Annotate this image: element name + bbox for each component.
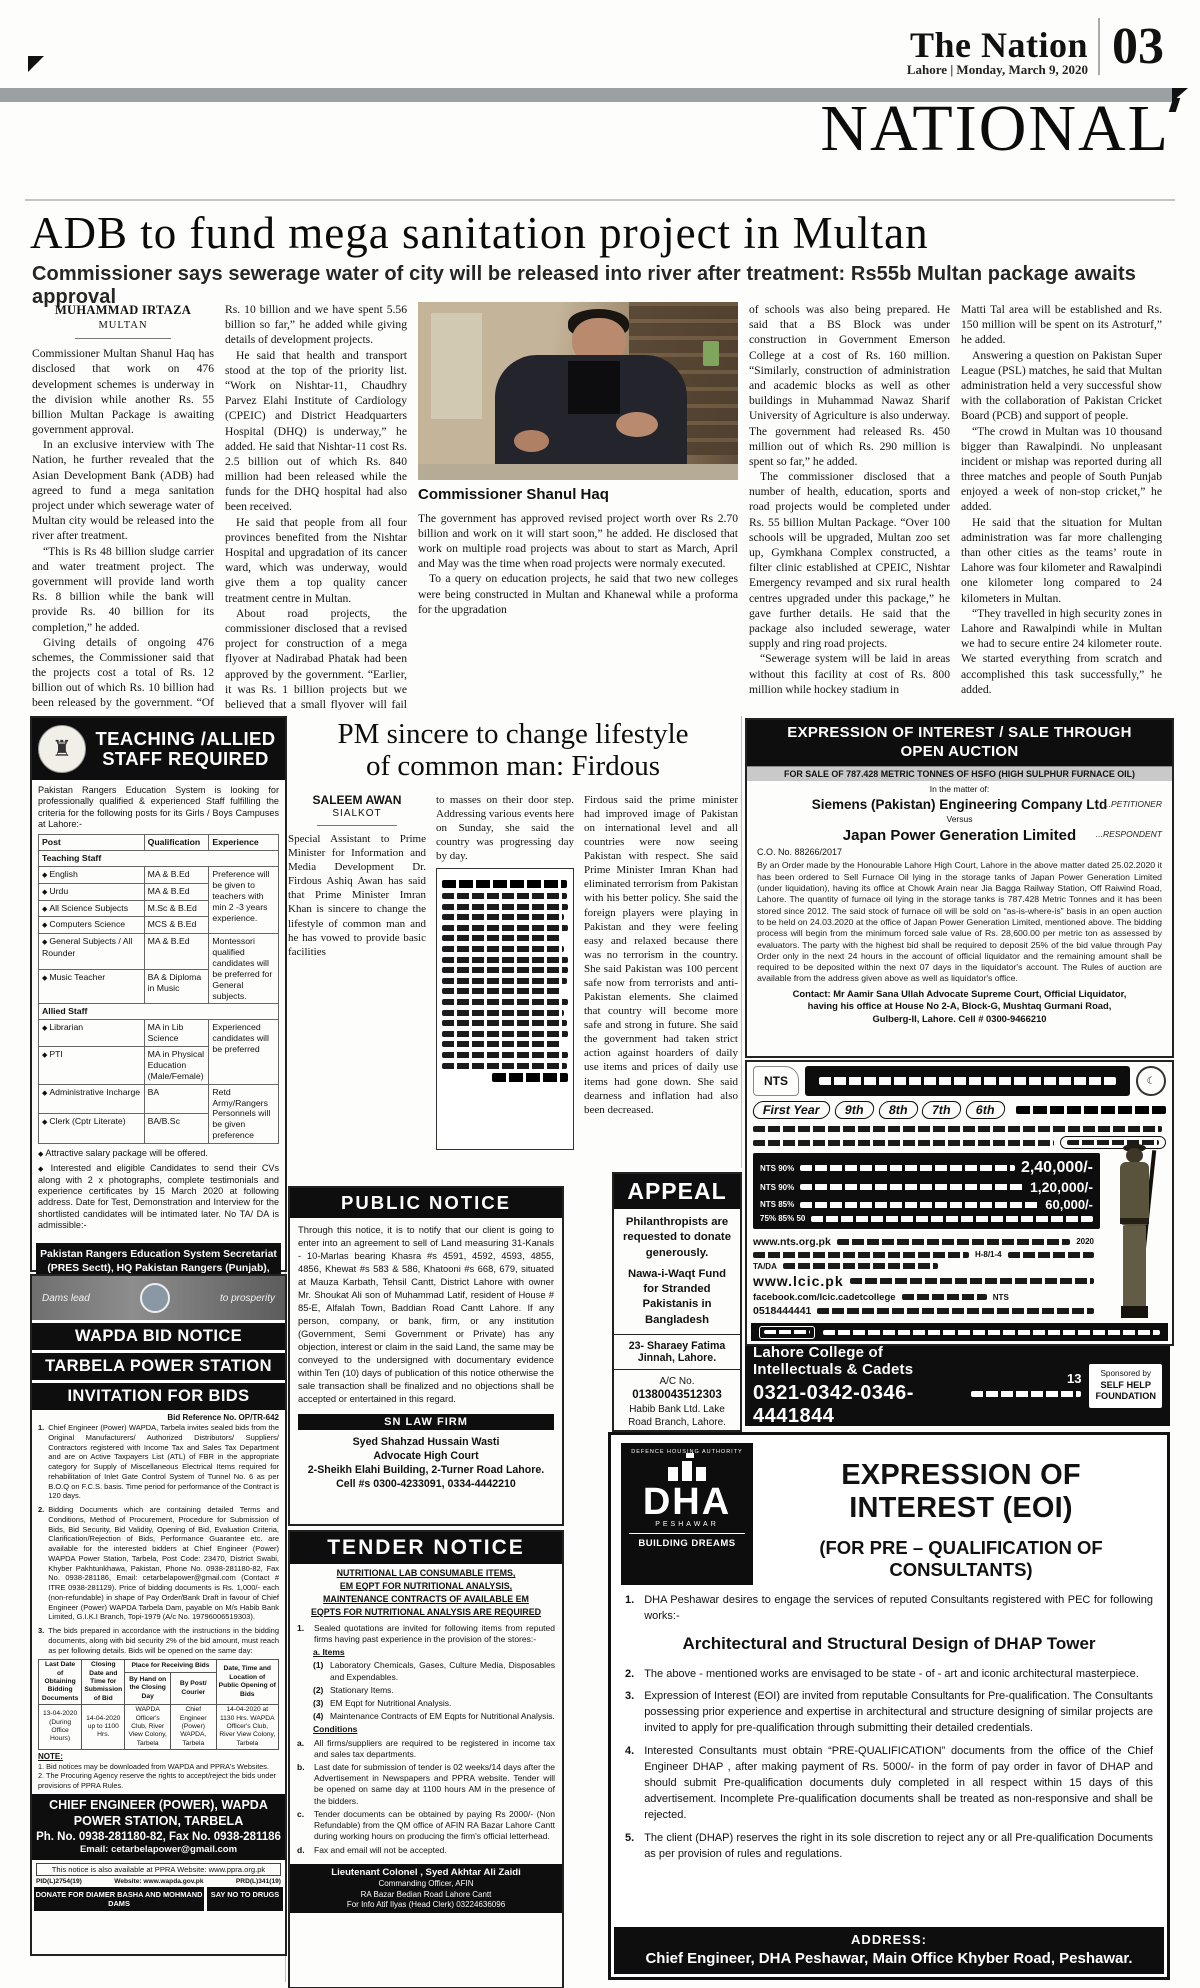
wapda-bid-notice: Dams lead to prosperity WAPDA BID NOTICE… — [30, 1274, 287, 1956]
post-cell: Computers Science — [39, 917, 145, 934]
urdu-text-line — [442, 1041, 562, 1047]
urdu-text-line — [442, 988, 562, 994]
urdu-text-line — [753, 1252, 969, 1258]
dha-subtitle: (FOR PRE – QUALIFICATION OF CONSULTANTS) — [765, 1537, 1157, 1581]
auction-notice-ad: EXPRESSION OF INTEREST / SALE THROUGH OP… — [745, 718, 1174, 1058]
lead-col-4: of schools was also being prepared. He s… — [749, 302, 950, 710]
post-cell: Administrative Incharge — [39, 1084, 145, 1114]
column-rule — [741, 716, 742, 1168]
qual-cell: MA in Physical Education (Male/Female) — [144, 1047, 209, 1085]
pct-token: NTS 85% — [760, 1200, 794, 1209]
paragraph: About road projects, the commissioner di… — [225, 606, 407, 710]
public-notice-ad: PUBLIC NOTICE Through this notice, it is… — [288, 1186, 564, 1526]
lawyer-title: Advocate High Court — [290, 1449, 562, 1463]
lead-col-middle: Commissioner Shanul Haq The government h… — [418, 302, 738, 710]
report-dateline: SIALKOT — [288, 808, 426, 821]
item-number: a. — [297, 1738, 310, 1760]
item-number: 2. — [38, 1505, 44, 1622]
tender-body: 1.Sealed quotations are invited for foll… — [290, 1619, 562, 1862]
pm-body: SALEEM AWAN SIALKOT Special Assistant to… — [288, 793, 738, 1153]
wapda-logo-icon — [140, 1283, 170, 1313]
paragraph: Firdous said the prime minister had impr… — [584, 793, 738, 1117]
appeal-address: 23- Sharaey Fatima Jinnah, Lahore. — [614, 1334, 740, 1369]
dha-logo-word: DHA — [621, 1483, 753, 1521]
dha-address-bar: ADDRESS: Chief Engineer, DHA Peshawar, M… — [614, 1927, 1164, 1974]
account-number: 01380043512303 — [618, 1388, 736, 1403]
item-number: d. — [297, 1845, 310, 1856]
item-number: 1. — [38, 1423, 44, 1501]
qual-cell: BA & Diploma in Music — [144, 969, 209, 1004]
distance-km: 13 — [971, 1371, 1081, 1386]
footer-line: Pakistan Rangers Education System Secret… — [39, 1248, 278, 1262]
items-heading: a. Items — [313, 1647, 555, 1658]
byline-rule — [317, 825, 397, 826]
urdu-text-line — [800, 1165, 1015, 1171]
soldier-head — [1126, 1148, 1143, 1163]
subject-line: NUTRITIONAL LAB CONSUMABLE ITEMS, — [290, 1567, 562, 1580]
item-number: 3. — [38, 1626, 44, 1655]
tender-notice-ad: TENDER NOTICE NUTRITIONAL LAB CONSUMABLE… — [288, 1530, 564, 1988]
subject-line: MAINTENANCE CONTRACTS OF AVAILABLE EM — [290, 1593, 562, 1606]
ppra-line: This notice is also available at PPRA We… — [36, 1863, 281, 1876]
item-number: b. — [297, 1762, 310, 1807]
amount-1: 2,40,000/- — [1021, 1159, 1093, 1177]
slogan-drugs: SAY NO TO DRUGS — [207, 1887, 283, 1911]
post-cell: English — [39, 867, 145, 884]
experience-cell: Montessori qualified candidates will be … — [209, 934, 279, 1004]
item-number: c. — [297, 1809, 310, 1843]
post-cell: Music Teacher — [39, 969, 145, 1004]
pm-headline: PM sincere to change lifestyleof common … — [288, 718, 738, 783]
th-by-post: By Post/ Courier — [170, 1673, 216, 1705]
urdu-footer-bar — [751, 1323, 1168, 1341]
post-cell: General Subjects / All Rounder — [39, 934, 145, 970]
contact-line: Contact: Mr Aamir Sana Ullah Advocate Su… — [757, 988, 1162, 1001]
firm-address: 2-Sheikh Elahi Building, 2-Turner Road L… — [290, 1463, 562, 1477]
lead-col-2: Rs. 10 billion and we have spent 5.56 bi… — [225, 302, 407, 710]
public-notice-body: Through this notice, it is to notify tha… — [290, 1218, 562, 1412]
teaching-staff-ad: ♜ TEACHING /ALLIED STAFF REQUIRED Pakist… — [30, 716, 287, 1272]
wapda-title-bar-1: WAPDA BID NOTICE — [32, 1323, 285, 1350]
paragraph: Giving details of ongoing 476 schemes, t… — [32, 635, 214, 710]
th-last-date: Last Date of Obtaining Bidding Documents — [39, 1660, 82, 1705]
unit-address: RA Bazar Bedian Road Lahore Cantt — [292, 1890, 560, 1900]
byline: MUHAMMAD IRTAZA MULTAN — [32, 302, 214, 339]
urdu-text-line — [800, 1184, 1024, 1190]
wapda-title-bar-3: INVITATION FOR BIDS — [32, 1383, 285, 1410]
pm-byline: SALEEM AWAN SIALKOT — [288, 793, 426, 826]
experience-cell: Experienced candidates will be preferred — [209, 1020, 279, 1084]
amounts-box: NTS 90%2,40,000/- NTS 90%1,20,000/- NTS … — [753, 1153, 1100, 1229]
tender-title: TENDER NOTICE — [290, 1532, 562, 1564]
paragraph: Matti Tal area will be established and R… — [961, 302, 1162, 348]
sponsor-name-2: FOUNDATION — [1095, 1391, 1156, 1403]
item-text: Interested Consultants must obtain “PRE-… — [644, 1744, 1153, 1824]
lcic-website: www.lcic.pk — [753, 1273, 844, 1289]
section-title: NATIONAL — [820, 96, 1170, 162]
paragraph: of schools was also being prepared. He s… — [749, 302, 950, 469]
urdu-notice-box — [436, 868, 574, 1150]
subject-line: EM EQPT FOR NUTRITIONAL ANALYSIS, — [290, 1580, 562, 1593]
urdu-text-line — [442, 914, 564, 920]
qual-cell: BA — [144, 1084, 209, 1114]
law-firm-bar: SN LAW FIRM — [298, 1414, 554, 1430]
pct-token: 75% 85% 50 — [760, 1214, 805, 1223]
item-text: Stationary Items. — [330, 1685, 394, 1696]
appeal-line: Nawa-i-Waqt Fund for Stranded Pakistanis… — [619, 1267, 735, 1328]
paragraph: “The crowd in Multan was 10 thousand big… — [961, 424, 1162, 515]
th-opening: Date, Time and Location of Public Openin… — [216, 1660, 278, 1705]
urdu-text-line — [783, 1263, 939, 1269]
paragraph: He said that health and transport stood … — [225, 348, 407, 515]
tender-subject: NUTRITIONAL LAB CONSUMABLE ITEMS, EM EQP… — [290, 1567, 562, 1619]
urdu-text-line — [753, 1126, 1162, 1132]
paragraph: Answering a question on Pakistan Super L… — [961, 348, 1162, 424]
bullet-item: Attractive salary package will be offere… — [38, 1148, 279, 1160]
photo-desk — [418, 464, 738, 480]
urdu-text-line — [442, 967, 568, 973]
footer-email: Email: cetarbelapower@gmail.com — [34, 1844, 283, 1856]
pill-first-year: First Year — [751, 1101, 831, 1119]
urdu-text-line — [442, 1010, 564, 1016]
tender-footer: Lieutenant Colonel , Syed Akhtar Ali Zai… — [290, 1864, 562, 1914]
teaching-ad-header: ♜ TEACHING /ALLIED STAFF REQUIRED — [32, 718, 285, 780]
paragraph: Special Assistant to Prime Minister for … — [288, 832, 426, 959]
auction-title-line1: EXPRESSION OF INTEREST / SALE THROUGH — [747, 724, 1172, 743]
pill-9th: 9th — [833, 1101, 875, 1119]
reporter-name: SALEEM AWAN — [288, 793, 426, 808]
address-heading: ADDRESS: — [614, 1932, 1164, 1947]
urdu-text-line — [442, 893, 567, 899]
urdu-text-line — [442, 1020, 567, 1026]
urdu-text-line — [764, 1330, 810, 1334]
college-info: Lahore College of Intellectuals & Cadets… — [753, 1344, 963, 1428]
item-text: Expression of Interest (EOI) are invited… — [644, 1689, 1153, 1737]
dha-logo-tagline: BUILDING DREAMS — [629, 1533, 745, 1549]
urdu-text-line — [492, 1073, 568, 1082]
item-text: Maintenance Contracts of EM Eqpts for Nu… — [330, 1711, 555, 1722]
account-label: A/C No. — [618, 1375, 736, 1388]
photo-caption: Commissioner Shanul Haq — [418, 485, 738, 505]
urdu-text-line — [442, 957, 568, 963]
lead-col-5: Matti Tal area will be established and R… — [961, 302, 1162, 710]
urdu-text-line — [1016, 1106, 1166, 1115]
dha-header: DEFENCE HOUSING AUTHORITY DHA PESHAWAR B… — [611, 1435, 1167, 1587]
td-opening: 14-04-2020 at 1130 Hrs. WAPDA Officer's … — [216, 1705, 278, 1750]
lead-col-1: MUHAMMAD IRTAZA MULTAN Commissioner Mult… — [32, 302, 214, 710]
post-cell: Librarian — [39, 1020, 145, 1047]
qual-cell: MCS & B.Ed — [144, 917, 209, 934]
appeal-title: APPEAL — [614, 1174, 740, 1209]
urdu-text-line — [1008, 1252, 1094, 1258]
paragraph: The government has approved revised proj… — [418, 511, 738, 572]
urdu-text-line — [753, 1140, 1054, 1146]
photo-man-hand — [514, 430, 549, 451]
item-text: Sealed quotations are invited for follow… — [314, 1623, 555, 1645]
teaching-ad-title-line1: TEACHING /ALLIED — [92, 729, 279, 749]
amount-2: 1,20,000/- — [1030, 1179, 1093, 1195]
item-number: (3) — [313, 1698, 326, 1709]
urdu-text-line — [442, 925, 568, 931]
paragraph: Rs. 10 billion and we have spent 5.56 bi… — [225, 302, 407, 348]
public-notice-title: PUBLIC NOTICE — [290, 1188, 562, 1218]
bid-reference: Bid Reference No. OP/TR-642 — [32, 1410, 285, 1423]
dha-logo: DEFENCE HOUSING AUTHORITY DHA PESHAWAR B… — [621, 1443, 753, 1585]
experience-cell: Retd Army/Rangers Personnels will be giv… — [209, 1084, 279, 1143]
lead-article-body: MUHAMMAD IRTAZA MULTAN Commissioner Mult… — [32, 302, 1170, 710]
law-firm-contact: Syed Shahzad Hussain Wasti Advocate High… — [290, 1432, 562, 1495]
photo-bottle — [703, 341, 719, 366]
slogan-dams: DONATE FOR DIAMER BASHA AND MOHMAND DAMS — [34, 1887, 204, 1911]
amount-3: 60,000/- — [1045, 1197, 1093, 1212]
item-text: The above - mentioned works are envisage… — [644, 1667, 1139, 1683]
banner-text-left: Dams lead — [42, 1293, 90, 1304]
banner-text-right: to prosperity — [220, 1293, 275, 1304]
th-by-hand: By Hand on the Closing Day — [125, 1673, 171, 1705]
dha-work-title: Architectural and Structural Design of D… — [625, 1632, 1153, 1657]
college-address-urdu: 13 — [971, 1371, 1081, 1401]
urdu-text-line — [1067, 1140, 1159, 1145]
address-text: Chief Engineer, DHA Peshawar, Main Offic… — [614, 1950, 1164, 1967]
qual-cell: MA & B.Ed — [144, 867, 209, 884]
dha-title-block: EXPRESSION OF INTEREST (EOI) (FOR PRE – … — [765, 1443, 1157, 1585]
college-phone: 0321-0342-0346-4441844 — [753, 1382, 963, 1428]
item-text: DHA Peshawar desires to engage the servi… — [644, 1593, 1153, 1625]
teaching-ad-title: TEACHING /ALLIED STAFF REQUIRED — [92, 729, 279, 770]
urdu-text-line — [800, 1202, 1039, 1208]
bullet-item: Interested and eligible Candidates to se… — [38, 1163, 279, 1232]
td-by-hand: WAPDA Officer's Club, River View Colony,… — [125, 1705, 171, 1750]
paragraph: In an exclusive interview with The Natio… — [32, 437, 214, 543]
paragraph: “This is Rs 48 billion sludge carrier an… — [32, 544, 214, 635]
item-number: 1. — [297, 1623, 310, 1645]
in-the-matter-of: In the matter of: — [757, 784, 1162, 795]
urdu-text-line — [811, 1216, 1093, 1222]
corner-flag-icon — [28, 56, 44, 72]
urdu-title-text — [819, 1077, 1116, 1086]
respondent-tag: ...RESPONDENT — [1096, 829, 1162, 840]
lawyer-name: Syed Shahzad Hussain Wasti — [290, 1435, 562, 1449]
soldier-boots — [1121, 1306, 1148, 1318]
item-number: (1) — [313, 1660, 326, 1682]
photo-window-light — [431, 313, 482, 420]
soldier-belt — [1120, 1218, 1149, 1224]
page-number: 03 — [1098, 18, 1164, 75]
item-number: 2. — [625, 1667, 634, 1683]
paper-name: The Nation — [910, 24, 1088, 66]
report-dateline: MULTAN — [32, 319, 214, 333]
post-cell: Clerk (Cptr Literate) — [39, 1114, 145, 1144]
urdu-text-line — [442, 978, 567, 984]
sponsor-box: Sponsored by SELF HELP FOUNDATION — [1089, 1364, 1162, 1407]
post-cell: Urdu — [39, 883, 145, 900]
wapda-website: Website: www.wapda.gov.pk — [114, 1878, 203, 1885]
qual-cell: MA in Lib Science — [144, 1020, 209, 1047]
post-cell: All Science Subjects — [39, 900, 145, 917]
th-place: Place for Receiving Bids — [125, 1660, 216, 1673]
college-crest-icon: ☾ — [1136, 1066, 1166, 1096]
soldier-torso — [1120, 1162, 1149, 1226]
teaching-ad-title-line2: STAFF REQUIRED — [92, 749, 279, 769]
tada-token: TA/DA — [753, 1262, 777, 1271]
auction-title: EXPRESSION OF INTEREST / SALE THROUGH OP… — [747, 720, 1172, 766]
item-text: Laboratory Chemicals, Gases, Culture Med… — [330, 1660, 555, 1682]
class-pills-row: First Year 9th 8th 7th 6th — [747, 1096, 1172, 1121]
item-number: 3. — [625, 1689, 634, 1737]
paragraph: “They travelled in high security zones i… — [961, 606, 1162, 697]
wapda-footer: CHIEF ENGINEER (POWER), WAPDA POWER STAT… — [32, 1794, 285, 1860]
th-closing: Closing Date and Time for Submission of … — [82, 1660, 125, 1705]
contact-line: having his office at House No 2-A, Block… — [757, 1000, 1162, 1013]
qual-cell: M.Sc & B.Ed — [144, 900, 209, 917]
lead-headline: ADB to fund mega sanitation project in M… — [30, 207, 1172, 259]
item-number: 1. — [625, 1593, 634, 1625]
urdu-text-line — [442, 1031, 568, 1037]
college-name: Lahore College of Intellectuals & Cadets — [753, 1344, 963, 1378]
pid-left: PID(L)2754(19) — [36, 1878, 82, 1885]
officer-title: Commanding Officer, AFIN — [292, 1879, 560, 1889]
urdu-text-line — [442, 946, 564, 952]
important-note-label — [759, 1326, 815, 1339]
petitioner-name: Siemens (Pakistan) Engineering Company L… — [812, 797, 1108, 812]
reporter-name: MUHAMMAD IRTAZA — [32, 302, 214, 318]
pm-col-b: to masses on their door step. Addressing… — [436, 793, 574, 1153]
pct-token: NTS 90% — [760, 1164, 794, 1173]
college-contact-bar: Lahore College of Intellectuals & Cadets… — [745, 1346, 1170, 1426]
paragraph: to masses on their door step. Addressing… — [436, 793, 574, 863]
pill-6th: 6th — [964, 1101, 1006, 1119]
pm-headline-line2: of common man: Firdous — [366, 750, 660, 782]
firm-phones: Cell #s 0300-4233091, 0334-4442210 — [290, 1477, 562, 1491]
qual-cell: BA/B.Sc — [144, 1114, 209, 1144]
urdu-title-bar — [805, 1066, 1130, 1096]
footer-line: CHIEF ENGINEER (POWER), WAPDA — [34, 1798, 283, 1814]
sponsor-label: Sponsored by — [1095, 1369, 1156, 1379]
auction-body: In the matter of: Siemens (Pakistan) Eng… — [747, 781, 1172, 1029]
item-text: The bids prepared in accordance with the… — [48, 1626, 279, 1655]
col-header-post: Post — [39, 835, 145, 851]
qual-cell: MA & B.Ed — [144, 934, 209, 970]
appeal-line: Philanthropists are requested to donate … — [619, 1215, 735, 1261]
footer-line: POWER STATION, TARBELA — [34, 1814, 283, 1830]
urdu-text-line — [850, 1278, 1094, 1284]
nts-links: www.nts.org.pk2020 H-8/1-4 TA/DA www.lci… — [747, 1232, 1100, 1321]
item-number: (4) — [313, 1711, 326, 1722]
urdu-intro — [747, 1126, 1172, 1132]
paragraph: Commissioner Multan Shanul Haq has discl… — [32, 346, 214, 437]
experience-cell: Preference will be given to teachers wit… — [209, 867, 279, 934]
wapda-banner: Dams lead to prosperity — [32, 1276, 285, 1320]
teaching-ad-body: Pakistan Rangers Education System is loo… — [32, 780, 285, 1239]
byline-rule — [75, 338, 171, 339]
appeal-body: Philanthropists are requested to donate … — [614, 1209, 740, 1334]
soldier-legs — [1123, 1226, 1146, 1308]
pill-7th: 7th — [921, 1101, 963, 1119]
urdu-text-block — [442, 893, 568, 1069]
item-text: All firms/suppliers are required to be r… — [314, 1738, 555, 1760]
year-token: 2020 — [1076, 1237, 1094, 1246]
bid-schedule-table: Last Date of Obtaining Bidding Documents… — [38, 1659, 279, 1750]
pm-headline-line1: PM sincere to change lifestyle — [337, 718, 688, 750]
bank-name: Habib Bank Ltd. Lake Road Branch, Lahore… — [618, 1403, 736, 1429]
appeal-account: A/C No. 01380043512303 Habib Bank Ltd. L… — [614, 1369, 740, 1434]
note-line: 1. Bid notices may be downloaded from WA… — [38, 1762, 279, 1771]
post-cell: PTI — [39, 1047, 145, 1085]
item-text: Tender documents can be obtained by payi… — [314, 1809, 555, 1843]
paragraph: “Sewerage system will be laid in areas w… — [749, 651, 950, 697]
pm-col-a: SALEEM AWAN SIALKOT Special Assistant to… — [288, 793, 426, 1153]
urdu-text-line — [902, 1294, 987, 1300]
urdu-text-line — [442, 880, 567, 889]
rangers-crest-icon: ♜ — [38, 725, 86, 773]
teaching-ad-bullets: Attractive salary package will be offere… — [38, 1148, 279, 1231]
pill-8th: 8th — [877, 1101, 919, 1119]
masthead-dateline: Lahore | Monday, March 9, 2020 — [907, 62, 1088, 78]
urdu-text-line — [837, 1239, 1070, 1245]
commissioner-photo — [418, 302, 738, 480]
castle-icon — [660, 1459, 714, 1481]
facebook-link: facebook.com/lcic.cadetcollege — [753, 1292, 896, 1303]
urdu-text-line — [442, 999, 568, 1005]
dha-title: EXPRESSION OF INTEREST (EOI) — [765, 1459, 1157, 1525]
teaching-posts-table: Post Qualification Experience Teaching S… — [38, 834, 279, 1144]
nts-header: NTS ☾ — [747, 1062, 1172, 1096]
item-text: Fax and email will not be accepted. — [314, 1845, 447, 1856]
dha-eoi-ad: DEFENCE HOUSING AUTHORITY DHA PESHAWAR B… — [608, 1432, 1170, 1980]
urdu-text-line — [442, 904, 568, 910]
nts-website: www.nts.org.pk — [753, 1236, 831, 1248]
urdu-text-line — [817, 1308, 1094, 1314]
petitioner-tag: ...PETITIONER — [1104, 799, 1162, 810]
urdu-text-line — [971, 1391, 1081, 1397]
urdu-text-line — [823, 1330, 1160, 1335]
nts-logo: NTS — [753, 1066, 799, 1096]
info-contact: For Info Atif Ilyas (Head Clerk) 0322463… — [292, 1900, 560, 1910]
item-number: (2) — [313, 1685, 326, 1696]
sponsor-name-1: SELF HELP — [1095, 1380, 1156, 1392]
note-line: 2. The Procuring Agency reserve the righ… — [38, 1771, 279, 1790]
td-closing: 14-04-2020 up to 1100 Hrs. — [82, 1705, 125, 1750]
urdu-text-line — [442, 1052, 568, 1058]
cadet-soldier-illustration — [1106, 1146, 1164, 1322]
urdu-text-line — [442, 935, 562, 941]
pct-token: NTS 90% — [760, 1183, 794, 1192]
item-text: EM Eqpt for Nutritional Analysis. — [330, 1698, 451, 1709]
pm-story: PM sincere to change lifestyleof common … — [288, 716, 738, 1168]
case-number: C.O. No. 88266/2017 — [757, 847, 1162, 859]
auction-text: By an Order made by the Honourable Lahor… — [757, 860, 1162, 984]
paragraph: To a query on education projects, he sai… — [418, 571, 738, 617]
contact-line: Gulberg-II, Lahore. Cell # 0300-9466210 — [757, 1013, 1162, 1026]
photo-man-shirt — [568, 361, 619, 414]
item-text: Chief Engineer (Power) WAPDA, Tarbela in… — [48, 1423, 279, 1501]
wapda-title-bar-2: TARBELA POWER STATION — [32, 1353, 285, 1380]
dha-items: 1.DHA Peshawar desires to engage the ser… — [611, 1587, 1167, 1876]
address-token: H-8/1-4 — [975, 1250, 1002, 1259]
td-last-date: 13-04-2020 (During Office Hours) — [39, 1705, 82, 1750]
appeal-ad: APPEAL Philanthropists are requested to … — [612, 1172, 742, 1432]
newspaper-page: The Nation Lahore | Monday, March 9, 202… — [0, 0, 1200, 1988]
col-header-qualification: Qualification — [144, 835, 209, 851]
qual-cell: MA & B.Ed — [144, 883, 209, 900]
slogan-bar: DONATE FOR DIAMER BASHA AND MOHMAND DAMS… — [34, 1887, 283, 1911]
respondent-name: Japan Power Generation Limited — [843, 827, 1076, 844]
pid-right: PRD(L)341(19) — [236, 1878, 281, 1885]
footer-line: Ph. No. 0938-281180-82, Fax No. 0938-281… — [34, 1830, 283, 1844]
auction-subject-strip: FOR SALE OF 787.428 METRIC TONNES OF HSF… — [747, 766, 1172, 781]
paragraph: He said that people from all four provin… — [225, 515, 407, 606]
note-heading: NOTE: — [38, 1752, 279, 1761]
